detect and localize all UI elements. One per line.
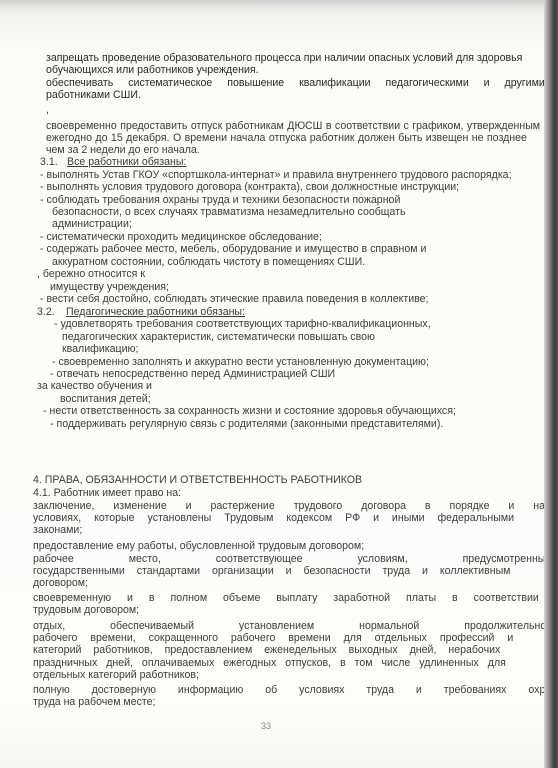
text-line: законами; xyxy=(33,524,82,536)
scan-top-shadow xyxy=(0,0,558,16)
section-heading: Педагогические работники обязаны: xyxy=(66,306,245,318)
text-line: государственными стандартами организации… xyxy=(33,565,510,577)
list-item-continuation: администрации; xyxy=(52,218,132,230)
text-line: полную достоверную информацию об условия… xyxy=(33,684,558,696)
text-line: отдельных категорий работников; xyxy=(33,669,199,681)
list-item: - выполнять Устав ГКОУ «спортшкола-интер… xyxy=(40,169,512,181)
text-line: отдых, обеспечиваемый установлением норм… xyxy=(33,620,558,632)
list-item-continuation: педагогических характеристик, систематич… xyxy=(62,331,375,343)
section-heading: Все работники обязаны: xyxy=(67,156,186,168)
text-line: заключение, изменение и растержение труд… xyxy=(33,500,508,512)
list-item: - соблюдать требования охраны труда и те… xyxy=(40,194,400,206)
text-line: ежегодно до 15 декабря. О времени начала… xyxy=(46,132,527,144)
justified-text: заключение, изменение и растержение труд… xyxy=(33,500,545,512)
text-line: , бережно относится к xyxy=(37,268,145,280)
list-item-continuation: аккуратном состоянии, соблюдать чистоту … xyxy=(52,256,365,268)
list-item: - удовлетворять требования соответствующ… xyxy=(54,318,431,330)
document-page: запрещать проведение образовательного пр… xyxy=(0,0,544,768)
list-item: - вести себя достойно, соблюдать этическ… xyxy=(40,293,429,305)
list-item-continuation: квалификацию; xyxy=(62,343,138,355)
scan-right-edge xyxy=(544,0,558,768)
text-line: за качество обучения и xyxy=(37,380,152,392)
list-item: - содержать рабочее место, мебель, обору… xyxy=(40,243,426,255)
list-item-continuation: безопасности, о всех случаях травматизма… xyxy=(52,206,406,218)
text-line: работниками СШИ. xyxy=(46,89,141,101)
text-line: труда на рабочем месте; xyxy=(33,696,155,708)
list-item: - поддерживать регулярную связь с родите… xyxy=(50,418,443,430)
text-line: воспитания детей; xyxy=(60,393,151,405)
text-line: запрещать проведение образовательного пр… xyxy=(46,52,522,64)
text-line: обучающихся или работников учреждения. xyxy=(46,64,259,76)
text-line: чем за 2 недели до его начала. xyxy=(46,144,200,156)
section-number: 3.2. xyxy=(37,306,55,318)
section-number: 3.1. xyxy=(40,156,58,168)
justified-text: обеспечивать систематическое повышение к… xyxy=(46,77,545,89)
text-line: трудовым договором; xyxy=(33,604,139,616)
text-line: своевременную и в полном объеме выплату … xyxy=(33,592,558,604)
page-number: 33 xyxy=(261,721,271,731)
text-line: рабочее место, соответствующее условиям,… xyxy=(33,553,553,565)
text-line: предоставление ему работы, обусловленной… xyxy=(33,540,364,552)
list-item: - выполнять условия трудового договора (… xyxy=(40,181,459,193)
text-line: , xyxy=(46,104,49,116)
list-item: - отвечать непосредственно перед Админис… xyxy=(50,368,335,380)
list-item: - нести ответственность за сохранность ж… xyxy=(43,405,456,417)
text-line: праздничных дней, оплачиваемых ежегодных… xyxy=(33,657,506,669)
text-line: рабочего времени, сокращенного рабочего … xyxy=(33,632,513,644)
text-line: своевременно предоставить отпуск работни… xyxy=(46,120,540,132)
text-line: имуществу учреждения; xyxy=(50,281,169,293)
list-item: - своевременно заполнять и аккуратно вес… xyxy=(52,356,429,368)
subsection-heading: 4.1. Работник имеет право на: xyxy=(33,487,181,499)
list-item: - систематически проходить медицинское о… xyxy=(40,231,322,243)
text-line: обеспечивать систематическое повышение к… xyxy=(46,77,520,89)
text-line: категорий работников, предоставлением еж… xyxy=(33,644,500,656)
chapter-heading: 4. ПРАВА, ОБЯЗАННОСТИ И ОТВЕТСТВЕННОСТЬ … xyxy=(33,474,362,486)
text-line: условиях, которые установлены Трудовым к… xyxy=(33,512,514,524)
text-line: договором; xyxy=(33,577,88,589)
